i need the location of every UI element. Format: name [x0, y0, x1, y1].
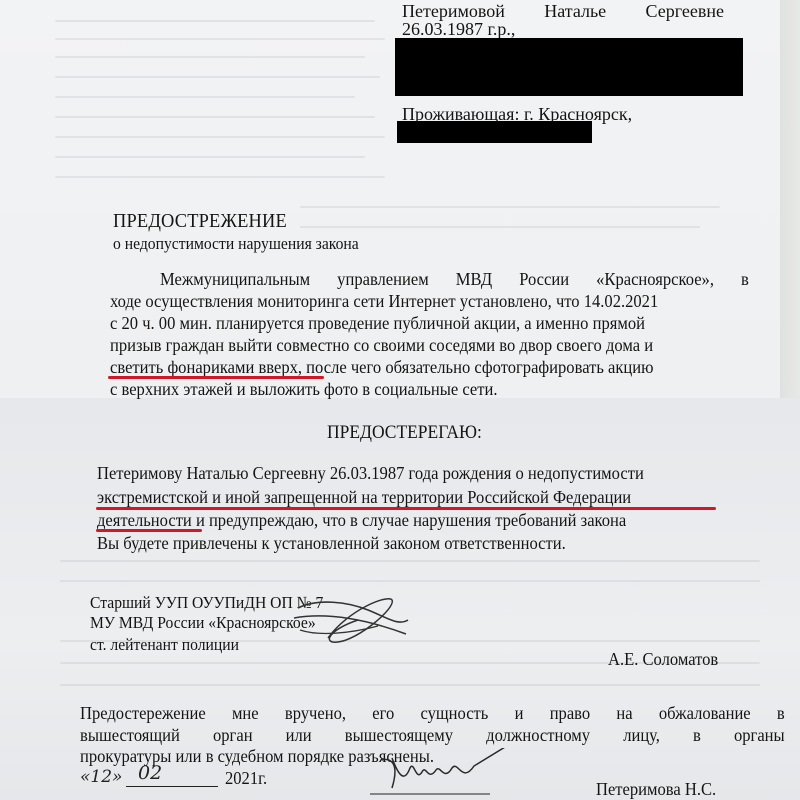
word: в	[693, 724, 701, 746]
date-day: «12»	[80, 766, 122, 788]
redaction-block	[397, 121, 592, 143]
warning-heading: ПРЕДОСТЕРЕГАЮ:	[327, 422, 482, 444]
redaction-block	[395, 38, 743, 96]
paragraph-line: деятельности и предупреждаю, что в случа…	[97, 509, 626, 531]
recipient-name: Петеримова Н.С.	[596, 778, 716, 800]
paragraph-line: ходе осуществления мониторинга сети Инте…	[110, 290, 658, 312]
word: право	[550, 702, 590, 724]
document-subtitle: о недопустимости нарушения закона	[113, 233, 359, 255]
paragraph-line: с верхних этажей и выложить фото в социа…	[110, 378, 498, 400]
word: вышестоящему	[345, 724, 453, 746]
paragraph-line: Петеримову Наталью Сергеевну 26.03.1987 …	[97, 462, 644, 484]
word: или	[286, 724, 312, 746]
word: управлением	[337, 268, 429, 290]
paragraph-line: светить фонариками вверх, после чего обя…	[110, 356, 654, 378]
officer-name: А.Е. Соломатов	[608, 648, 718, 670]
word: органы	[734, 724, 785, 746]
paragraph-line: призыв граждан выйти совместно со своими…	[110, 334, 653, 356]
paragraph-line: Предостережение мне вручено, его сущност…	[80, 702, 785, 724]
word: в	[741, 268, 749, 290]
addressee-birthdate: 26.03.1987 г.р.,	[402, 18, 515, 40]
word: вышестоящий	[80, 724, 180, 746]
highlighted-phrase: деятельности	[97, 510, 192, 530]
word: в	[777, 702, 785, 724]
date-underline	[126, 786, 218, 787]
word: лицу,	[623, 724, 660, 746]
word: после чего обязательно сфотографировать …	[306, 357, 653, 377]
word: мне	[232, 702, 259, 724]
recipient-signature-icon	[370, 748, 520, 800]
word: вручено,	[285, 702, 346, 724]
word: его	[372, 702, 394, 724]
date-year: 2021г.	[225, 767, 267, 789]
word: Межмуниципальным	[160, 268, 310, 290]
word: «Красноярское»,	[596, 268, 714, 290]
page-edge-shadow	[780, 0, 800, 398]
patronymic: Сергеевне	[646, 0, 724, 22]
officer-rank: ст. лейтенант полиции	[90, 634, 239, 656]
word: на	[616, 702, 632, 724]
paragraph-line: с 20 ч. 00 мин. планируется проведение п…	[110, 312, 645, 334]
word: сущность	[420, 702, 488, 724]
word: Предостережение	[80, 702, 206, 724]
document-title: ПРЕДОСТРЕЖЕНИЕ	[113, 210, 287, 232]
highlighted-phrase: светить фонариками вверх,	[110, 357, 302, 377]
word: и предупреждаю, что в случае нарушения т…	[196, 510, 626, 530]
paragraph-line: Вы будете привлечены к установленной зак…	[97, 532, 566, 554]
first-name: Наталье	[544, 0, 606, 22]
word: МВД	[456, 268, 492, 290]
word: орган	[213, 724, 253, 746]
officer-department: МУ МВД России «Красноярское»	[90, 612, 316, 634]
word: должностному	[486, 724, 590, 746]
word: обжалование	[659, 702, 751, 724]
date-month: 02	[138, 762, 162, 784]
paragraph-line: Межмуниципальным управлением МВД России …	[160, 268, 749, 290]
word: России	[519, 268, 569, 290]
paragraph-line: вышестоящий орган или вышестоящему должн…	[80, 724, 785, 746]
word: и	[515, 702, 524, 724]
officer-signature-icon	[288, 590, 418, 650]
highlighted-phrase: экстремистской и иной запрещенной на тер…	[97, 486, 631, 508]
